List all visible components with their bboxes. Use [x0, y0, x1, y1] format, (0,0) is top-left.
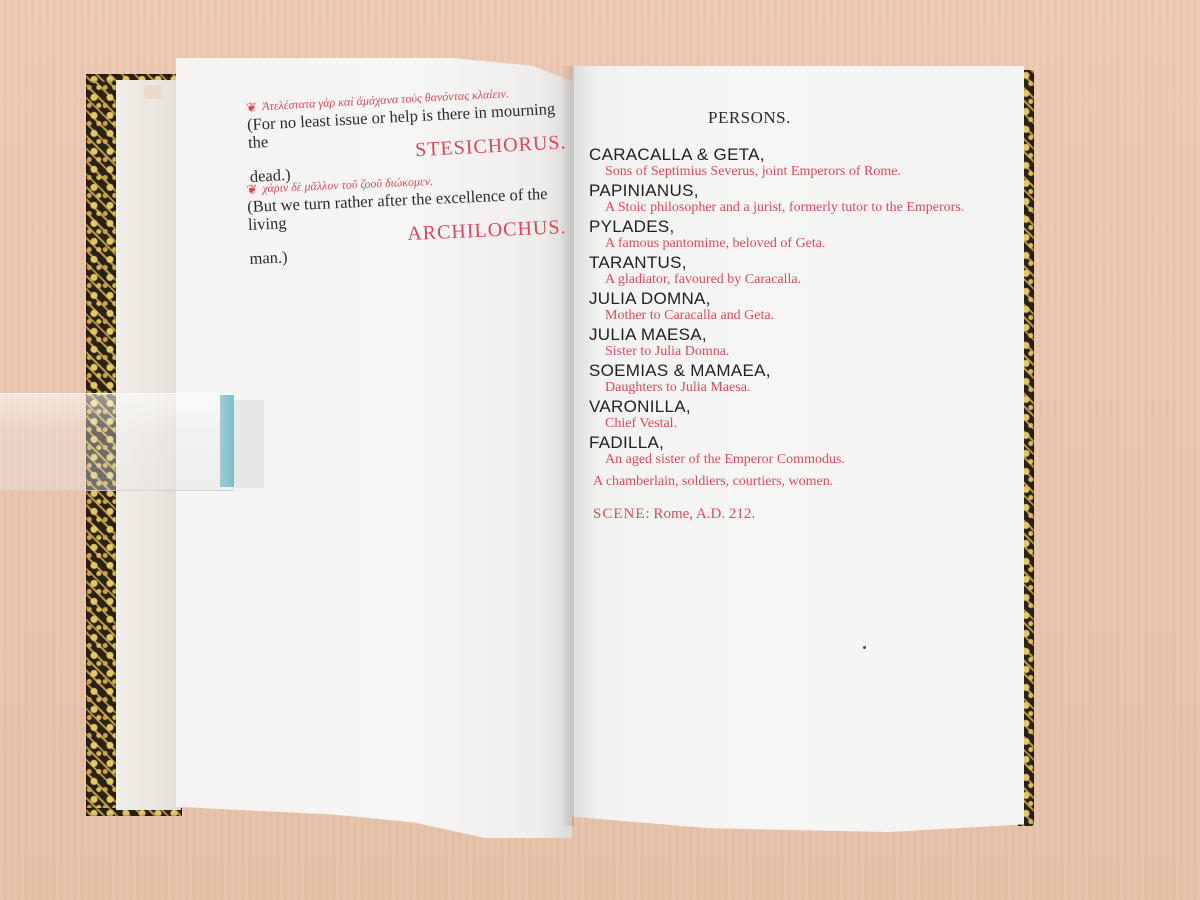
- page-title: PERSONS.: [708, 108, 791, 128]
- cast-entry: VARONILLA, Chief Vestal.: [589, 398, 1009, 432]
- fleuron-icon: ❦: [246, 181, 258, 199]
- cast-name: PYLADES,: [589, 218, 1009, 236]
- cast-entry: JULIA DOMNA, Mother to Caracalla and Get…: [589, 290, 1009, 324]
- paper-stain: [144, 85, 162, 99]
- cast-name: VARONILLA,: [589, 398, 1009, 416]
- fleuron-icon: ❦: [246, 98, 258, 117]
- cast-entry: TARANTUS, A gladiator, favoured by Carac…: [589, 254, 1009, 288]
- cast-description: Sister to Julia Domna.: [589, 344, 1009, 360]
- cast-name: FADILLA,: [589, 434, 1009, 452]
- cast-description: Sons of Septimius Severus, joint Emperor…: [589, 164, 995, 180]
- acrylic-shadow: [234, 400, 264, 488]
- cast-description: Daughters to Julia Maesa.: [589, 380, 1009, 396]
- cast-name: CARACALLA & GETA,: [589, 146, 1009, 164]
- cast-description: A Stoic philosopher and a jurist, former…: [589, 200, 965, 216]
- acrylic-edge: [220, 395, 234, 487]
- epigraph-archilochus: ❦ χάριν δὲ μᾶλλον τοῦ ζοοῦ διώκομεν. (Bu…: [246, 166, 570, 268]
- cast-description: A famous pantomime, beloved of Geta.: [589, 236, 1009, 252]
- cast-name: JULIA MAESA,: [589, 326, 1009, 344]
- cast-entry: PYLADES, A famous pantomime, beloved of …: [589, 218, 1009, 252]
- cast-name: PAPINIANUS,: [589, 182, 1009, 200]
- cast-entry: PAPINIANUS, A Stoic philosopher and a ju…: [589, 182, 1009, 216]
- cast-description: Mother to Caracalla and Geta.: [589, 308, 1009, 324]
- cast-entry: SOEMIAS & MAMAEA, Daughters to Julia Mae…: [589, 362, 1009, 396]
- cast-name: SOEMIAS & MAMAEA,: [589, 362, 1009, 380]
- cast-description: A gladiator, favoured by Caracalla.: [589, 272, 1009, 288]
- scene-label: SCENE: [593, 506, 646, 522]
- cast-name: TARANTUS,: [589, 254, 1009, 272]
- scene-setting: SCENE: Rome, A.D. 212.: [593, 506, 755, 523]
- cast-description: An aged sister of the Emperor Commodus.: [589, 452, 1009, 468]
- cast-entry: JULIA MAESA, Sister to Julia Domna.: [589, 326, 1009, 360]
- ink-speck: [863, 646, 866, 649]
- minor-characters: A chamberlain, soldiers, courtiers, wome…: [593, 474, 833, 490]
- cast-list: CARACALLA & GETA, Sons of Septimius Seve…: [589, 146, 1009, 470]
- acrylic-page-weight[interactable]: [0, 393, 234, 491]
- cast-entry: FADILLA, An aged sister of the Emperor C…: [589, 434, 1009, 468]
- cast-entry: CARACALLA & GETA, Sons of Septimius Seve…: [589, 146, 1009, 180]
- scene-value: : Rome, A.D. 212.: [646, 506, 756, 522]
- cast-name: JULIA DOMNA,: [589, 290, 1009, 308]
- open-book: ❦ Ἀτελέστατα γὰρ καὶ ἀμάχανα τοὺς θανόντ…: [0, 0, 1200, 900]
- cast-description: Chief Vestal.: [589, 416, 1009, 432]
